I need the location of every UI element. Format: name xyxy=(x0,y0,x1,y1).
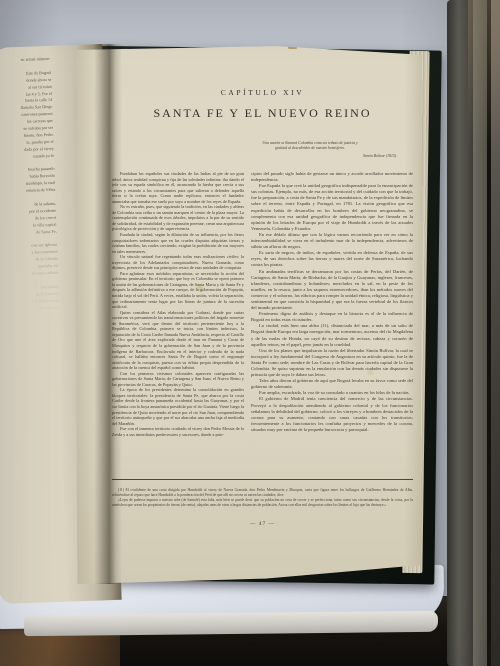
paragraph: No es extraño, pues, que siguiendo la tr… xyxy=(112,204,244,232)
paragraph: El gobierno de Madrid tenía conciencia d… xyxy=(251,396,413,433)
paragraph: Un vínculo natural fue regentando todas … xyxy=(112,254,244,271)
footnote-rule xyxy=(112,479,413,480)
epigraph-line: gratitud al descubridor de nuestro hemis… xyxy=(209,146,411,151)
footnote: (11) El confidente de una carta dirigida… xyxy=(112,488,413,508)
right-column: cipios del pasado siglo había de gestars… xyxy=(251,171,413,473)
paragraph: cipios del pasado siglo había de gestars… xyxy=(251,171,413,183)
left-page-line: el camino real xyxy=(0,325,60,334)
epigraph: Una nación se llamará Colombia como un t… xyxy=(209,141,411,159)
footnote-paragraph: (11) El confidente de una carta dirigida… xyxy=(112,488,413,498)
epigraph-attribution: Simón Bolívar (1815). xyxy=(209,154,411,159)
left-column: Fundaban los españoles sus ciudades de l… xyxy=(112,171,244,473)
paragraph: La época de los presidentes determina la… xyxy=(112,387,244,426)
page-number: — 47 — xyxy=(112,521,413,527)
paragraph: Fue España la que creó la unidad geográf… xyxy=(251,183,413,232)
body-text: Fundaban los españoles sus ciudades de l… xyxy=(112,171,413,473)
chapter-heading: CAPÍTULO XIV xyxy=(112,88,413,97)
door-frame-highlight xyxy=(468,0,500,150)
page-content: CAPÍTULO XIV SANTA FE Y EL NUEVO REINO U… xyxy=(74,44,422,527)
paragraph: Fundada la ciudad, según la dilatación d… xyxy=(112,232,244,254)
paragraph: Es sarta de negros, de indios, de españo… xyxy=(251,250,413,268)
paragraph: Fundaban los españoles sus ciudades de l… xyxy=(112,171,244,204)
table-edge xyxy=(24,611,438,636)
paragraph: Tales años dieron al gobierno de aquí qu… xyxy=(251,378,413,390)
book-gutter-shadow xyxy=(94,44,122,584)
page-title: SANTA FE Y EL NUEVO REINO xyxy=(112,106,413,121)
paragraph: En andanadas terríficas se derramaron po… xyxy=(251,269,413,312)
paragraph: La ciudad, más bien una aldea (11), dist… xyxy=(251,323,413,347)
paragraph: En ese dédalo último que con la lógica v… xyxy=(251,232,413,250)
photo-of-open-book: su actual número-Este de Bogotádonde aho… xyxy=(0,0,500,666)
footnote-paragraph: «Lejos de poderse imputar a nuestra urbe… xyxy=(112,498,413,508)
door-frame xyxy=(444,0,500,666)
paragraph: Con los primeros civismos coloniales apa… xyxy=(112,371,244,388)
paragraph: Fenómeno digno de análisis y destaque en… xyxy=(251,311,413,323)
right-page: CAPÍTULO XIV SANTA FE Y EL NUEVO REINO U… xyxy=(74,44,422,584)
paragraph: Quien considera el Atlas elaborado por C… xyxy=(112,310,244,371)
paragraph: Fue con el inmenso territorio confiado a… xyxy=(112,426,244,437)
paragraph: Para aglutinar esos módulos separatistas… xyxy=(112,271,244,310)
left-page-text-fragments: su actual número-Este de Bogotádonde aho… xyxy=(0,56,60,335)
paragraph: Uno de los planes que impulsaron la razó… xyxy=(251,348,413,378)
